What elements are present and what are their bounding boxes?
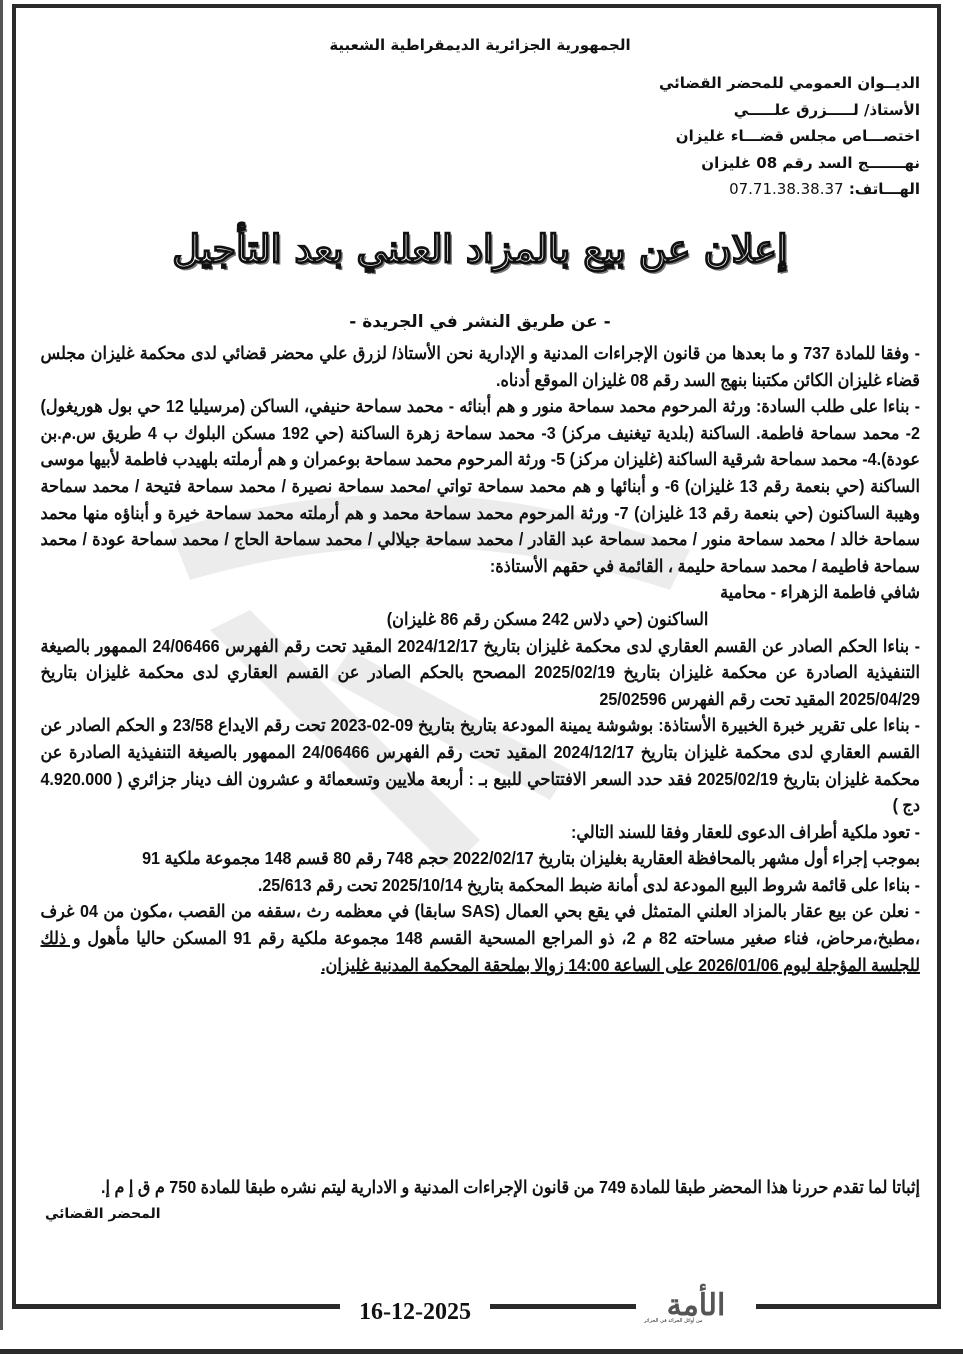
paragraph-lawyer: شافي فاطمة الزهراء - محامية bbox=[40, 579, 920, 606]
newspaper-logo: الأمة من أوائل الجرائد في الجزائر bbox=[636, 1288, 756, 1324]
page-edge bbox=[0, 0, 3, 1330]
newspaper-logo-text: الأمة bbox=[667, 1291, 726, 1321]
newspaper-tagline: من أوائل الجرائد في الجزائر bbox=[644, 1318, 703, 1324]
phone-number: 07.71.38.38.37 bbox=[729, 180, 844, 198]
closing-statement: إثباتا لما تقدم حررنا هذا المحضر طبقا لل… bbox=[40, 1172, 920, 1202]
phone-label: الهـــاتف: bbox=[849, 180, 920, 198]
office-header: الديــوان العمومي للمحضر القضائي الأستاذ… bbox=[580, 70, 920, 203]
paragraph-address: الساكنون (حي دلاس 242 مسكن رقم 86 غليزان… bbox=[40, 606, 920, 633]
property-description: - نعلن عن بيع عقار بالمزاد العلني المتمث… bbox=[40, 901, 920, 948]
paragraph-property-description: - نعلن عن بيع عقار بالمزاد العلني المتمث… bbox=[40, 898, 920, 978]
paragraph-ownership-intro: - تعود ملكية أطراف الدعوى للعقار وفقا لل… bbox=[40, 819, 920, 846]
paragraph-legal-basis: - وفقا للمادة 737 و ما بعدها من قانون ال… bbox=[40, 340, 920, 393]
publication-date: 16-12-2025 bbox=[340, 1297, 490, 1327]
closing-text: إثباتا لما تقدم حررنا هذا المحضر طبقا لل… bbox=[40, 1172, 920, 1202]
office-line: نهـــــــج السد رقم 08 غليزان bbox=[580, 150, 920, 177]
page-title: إعلان عن بيع بالمزاد العلني بعد التأجيل bbox=[40, 226, 920, 271]
office-line: الأستاذ/ لـــــزرق علـــــي bbox=[580, 97, 920, 124]
paragraph-expert-report: - بناءا على تقرير خبرة الخبيرة الأستاذة:… bbox=[40, 712, 920, 818]
signature-label: المحضر القضائي bbox=[45, 1206, 161, 1222]
page-subtitle: - عن طريق النشر في الجريدة - bbox=[40, 312, 920, 332]
republic-header: الجمهورية الجزائرية الديمقراطية الشعبية bbox=[40, 36, 920, 54]
phone-line: الهـــاتف: 07.71.38.38.37 bbox=[580, 176, 920, 203]
notice-body: - وفقا للمادة 737 و ما بعدها من قانون ال… bbox=[40, 340, 920, 978]
paragraph-applicants: - بناءا على طلب السادة: ورثة المرحوم محم… bbox=[40, 393, 920, 579]
bottom-rule bbox=[0, 1349, 963, 1354]
paragraph-ownership-deed: بموجب إجراء أول مشهر بالمحافظة العقارية … bbox=[40, 845, 920, 872]
paragraph-judgment: - بناءا الحكم الصادر عن القسم العقاري لد… bbox=[40, 633, 920, 713]
office-line: اختصـــاص مجلس قضـــاء غليزان bbox=[580, 123, 920, 150]
paragraph-sale-conditions: - بناءا على قائمة شروط البيع المودعة لدى… bbox=[40, 872, 920, 899]
office-line: الديــوان العمومي للمحضر القضائي bbox=[580, 70, 920, 97]
